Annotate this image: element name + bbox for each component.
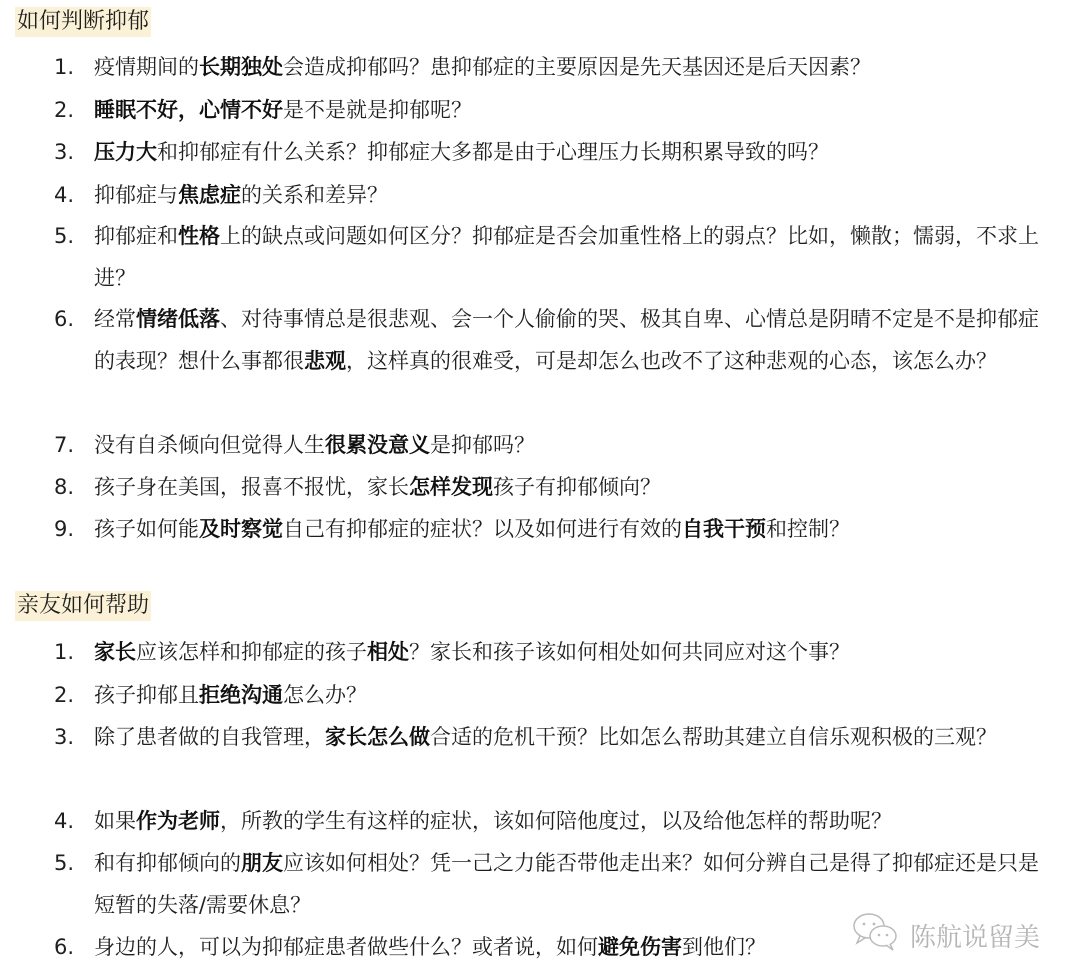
wechat-icon: [852, 912, 902, 959]
list-number: 6.: [54, 298, 94, 340]
list-item: 6.经常情绪低落、对待事情总是很悲观、会一个人偷偷的哭、极其自卑、心情总是阴晴不…: [54, 298, 1054, 382]
bold-phrase: 睡眠不好，心情不好: [94, 98, 283, 122]
list-text: 疫情期间的长期独处会造成抑郁吗？患抑郁症的主要原因是先天基因还是后天因素？: [94, 46, 1054, 88]
watermark-text: 陈航说留美: [910, 917, 1040, 954]
text-run: 上的缺点或问题如何区分？抑郁症是否会加重性格上的弱点？比如，懒散；懦弱，不求上进…: [94, 224, 1039, 290]
text-run: 孩子有抑郁倾向？: [493, 475, 661, 499]
text-run: 是不是就是抑郁呢？: [283, 98, 472, 122]
text-run: 到他们？: [682, 935, 766, 959]
bold-phrase: 怎样发现: [409, 475, 493, 499]
bold-phrase: 长期独处: [199, 55, 283, 79]
list-number: 1.: [54, 46, 94, 88]
bold-phrase: 朋友: [241, 851, 283, 875]
text-run: 和控制？: [766, 517, 850, 541]
list-item: 1.疫情期间的长期独处会造成抑郁吗？患抑郁症的主要原因是先天基因还是后天因素？: [54, 46, 1054, 88]
bold-phrase: 及时察觉: [199, 517, 283, 541]
text-run: 经常: [94, 307, 136, 331]
list-number: 3.: [54, 716, 94, 758]
list-item: 3.压力大和抑郁症有什么关系？抑郁症大多都是由于心理压力长期积累导致的吗？: [54, 131, 1054, 173]
list-number: 2.: [54, 89, 94, 131]
watermark: 陈航说留美: [852, 912, 1040, 959]
text-run: 应该怎样和抑郁症的孩子: [136, 640, 367, 664]
text-run: 是抑郁吗？: [430, 433, 535, 457]
list-text: 抑郁症和性格上的缺点或问题如何区分？抑郁症是否会加重性格上的弱点？比如，懒散；懦…: [94, 215, 1054, 299]
text-run: 的关系和差异？: [241, 183, 388, 207]
list-item: 9.孩子如何能及时察觉自己有抑郁症的症状？以及如何进行有效的自我干预和控制？: [54, 508, 1054, 550]
text-run: 自己有抑郁症的症状？以及如何进行有效的: [283, 517, 682, 541]
list-item: 4.如果作为老师，所教的学生有这样的症状，该如何陪他度过，以及给他怎样的帮助呢？: [54, 800, 1054, 842]
text-run: ，所教的学生有这样的症状，该如何陪他度过，以及给他怎样的帮助呢？: [220, 809, 892, 833]
list-text: 孩子抑郁且拒绝沟通怎么办？: [94, 674, 1054, 716]
bold-phrase: 作为老师: [136, 809, 220, 833]
bold-phrase: 压力大: [94, 140, 157, 164]
bold-phrase: 家长怎么做: [325, 725, 430, 749]
text-run: 孩子身在美国，报喜不报忧，家长: [94, 475, 409, 499]
list-text: 经常情绪低落、对待事情总是很悲观、会一个人偷偷的哭、极其自卑、心情总是阴晴不定是…: [94, 298, 1054, 382]
bold-phrase: 家长: [94, 640, 136, 664]
text-run: 抑郁症和: [94, 224, 178, 248]
list-text: 除了患者做的自我管理，家长怎么做合适的危机干预？比如怎么帮助其建立自信乐观积极的…: [94, 716, 1054, 758]
text-run: 如果: [94, 809, 136, 833]
list-text: 如果作为老师，所教的学生有这样的症状，该如何陪他度过，以及给他怎样的帮助呢？: [94, 800, 1054, 842]
bold-phrase: 避免伤害: [598, 935, 682, 959]
text-run: ，这样真的很难受，可是却怎么也改不了这种悲观的心态，该怎么办？: [346, 349, 997, 373]
section-title: 亲友如何帮助: [15, 591, 151, 621]
list-item: 3.除了患者做的自我管理，家长怎么做合适的危机干预？比如怎么帮助其建立自信乐观积…: [54, 716, 1054, 758]
list-text: 没有自杀倾向但觉得人生很累没意义是抑郁吗？: [94, 424, 1054, 466]
list-number: 3.: [54, 131, 94, 173]
list-item: 2.睡眠不好，心情不好是不是就是抑郁呢？: [54, 89, 1054, 131]
list-number: 7.: [54, 424, 94, 466]
list-text: 孩子如何能及时察觉自己有抑郁症的症状？以及如何进行有效的自我干预和控制？: [94, 508, 1054, 550]
text-run: 孩子如何能: [94, 517, 199, 541]
list-text: 睡眠不好，心情不好是不是就是抑郁呢？: [94, 89, 1054, 131]
bold-phrase: 性格: [178, 224, 220, 248]
bold-phrase: 拒绝沟通: [199, 683, 283, 707]
bold-phrase: 焦虑症: [178, 183, 241, 207]
text-run: 抑郁症与: [94, 183, 178, 207]
bold-phrase: 很累没意义: [325, 433, 430, 457]
list-number: 1.: [54, 631, 94, 673]
list-number: 4.: [54, 800, 94, 842]
text-run: 身边的人，可以为抑郁症患者做些什么？或者说，如何: [94, 935, 598, 959]
list-text: 家长应该怎样和抑郁症的孩子相处？家长和孩子该如何相处如何共同应对这个事？: [94, 631, 1054, 673]
bold-phrase: 悲观: [304, 349, 346, 373]
text-run: 没有自杀倾向但觉得人生: [94, 433, 325, 457]
text-run: 合适的危机干预？比如怎么帮助其建立自信乐观积极的三观？: [430, 725, 997, 749]
list-number: 6.: [54, 926, 94, 968]
bold-phrase: 相处: [367, 640, 409, 664]
list-item: 2.孩子抑郁且拒绝沟通怎么办？: [54, 674, 1054, 716]
list-number: 8.: [54, 466, 94, 508]
text-run: ？家长和孩子该如何相处如何共同应对这个事？: [409, 640, 850, 664]
text-run: 和有抑郁倾向的: [94, 851, 241, 875]
text-run: 和抑郁症有什么关系？抑郁症大多都是由于心理压力长期积累导致的吗？: [157, 140, 829, 164]
text-run: 除了患者做的自我管理，: [94, 725, 325, 749]
list-number: 5.: [54, 842, 94, 884]
list-text: 抑郁症与焦虑症的关系和差异？: [94, 174, 1054, 216]
text-run: 孩子抑郁且: [94, 683, 199, 707]
text-run: 怎么办？: [283, 683, 367, 707]
list-number: 5.: [54, 215, 94, 257]
list-item: 4.抑郁症与焦虑症的关系和差异？: [54, 174, 1054, 216]
list-text: 压力大和抑郁症有什么关系？抑郁症大多都是由于心理压力长期积累导致的吗？: [94, 131, 1054, 173]
list-item: 1.家长应该怎样和抑郁症的孩子相处？家长和孩子该如何相处如何共同应对这个事？: [54, 631, 1054, 673]
list-number: 9.: [54, 508, 94, 550]
list-item: 7.没有自杀倾向但觉得人生很累没意义是抑郁吗？: [54, 424, 1054, 466]
list-item: 8.孩子身在美国，报喜不报忧，家长怎样发现孩子有抑郁倾向？: [54, 466, 1054, 508]
bold-phrase: 情绪低落: [136, 307, 220, 331]
list-number: 4.: [54, 174, 94, 216]
list-item: 5.抑郁症和性格上的缺点或问题如何区分？抑郁症是否会加重性格上的弱点？比如，懒散…: [54, 215, 1054, 299]
list-number: 2.: [54, 674, 94, 716]
text-run: 疫情期间的: [94, 55, 199, 79]
list-text: 孩子身在美国，报喜不报忧，家长怎样发现孩子有抑郁倾向？: [94, 466, 1054, 508]
section-title: 如何判断抑郁: [15, 7, 151, 37]
text-run: 会造成抑郁吗？患抑郁症的主要原因是先天基因还是后天因素？: [283, 55, 871, 79]
bold-phrase: 自我干预: [682, 517, 766, 541]
